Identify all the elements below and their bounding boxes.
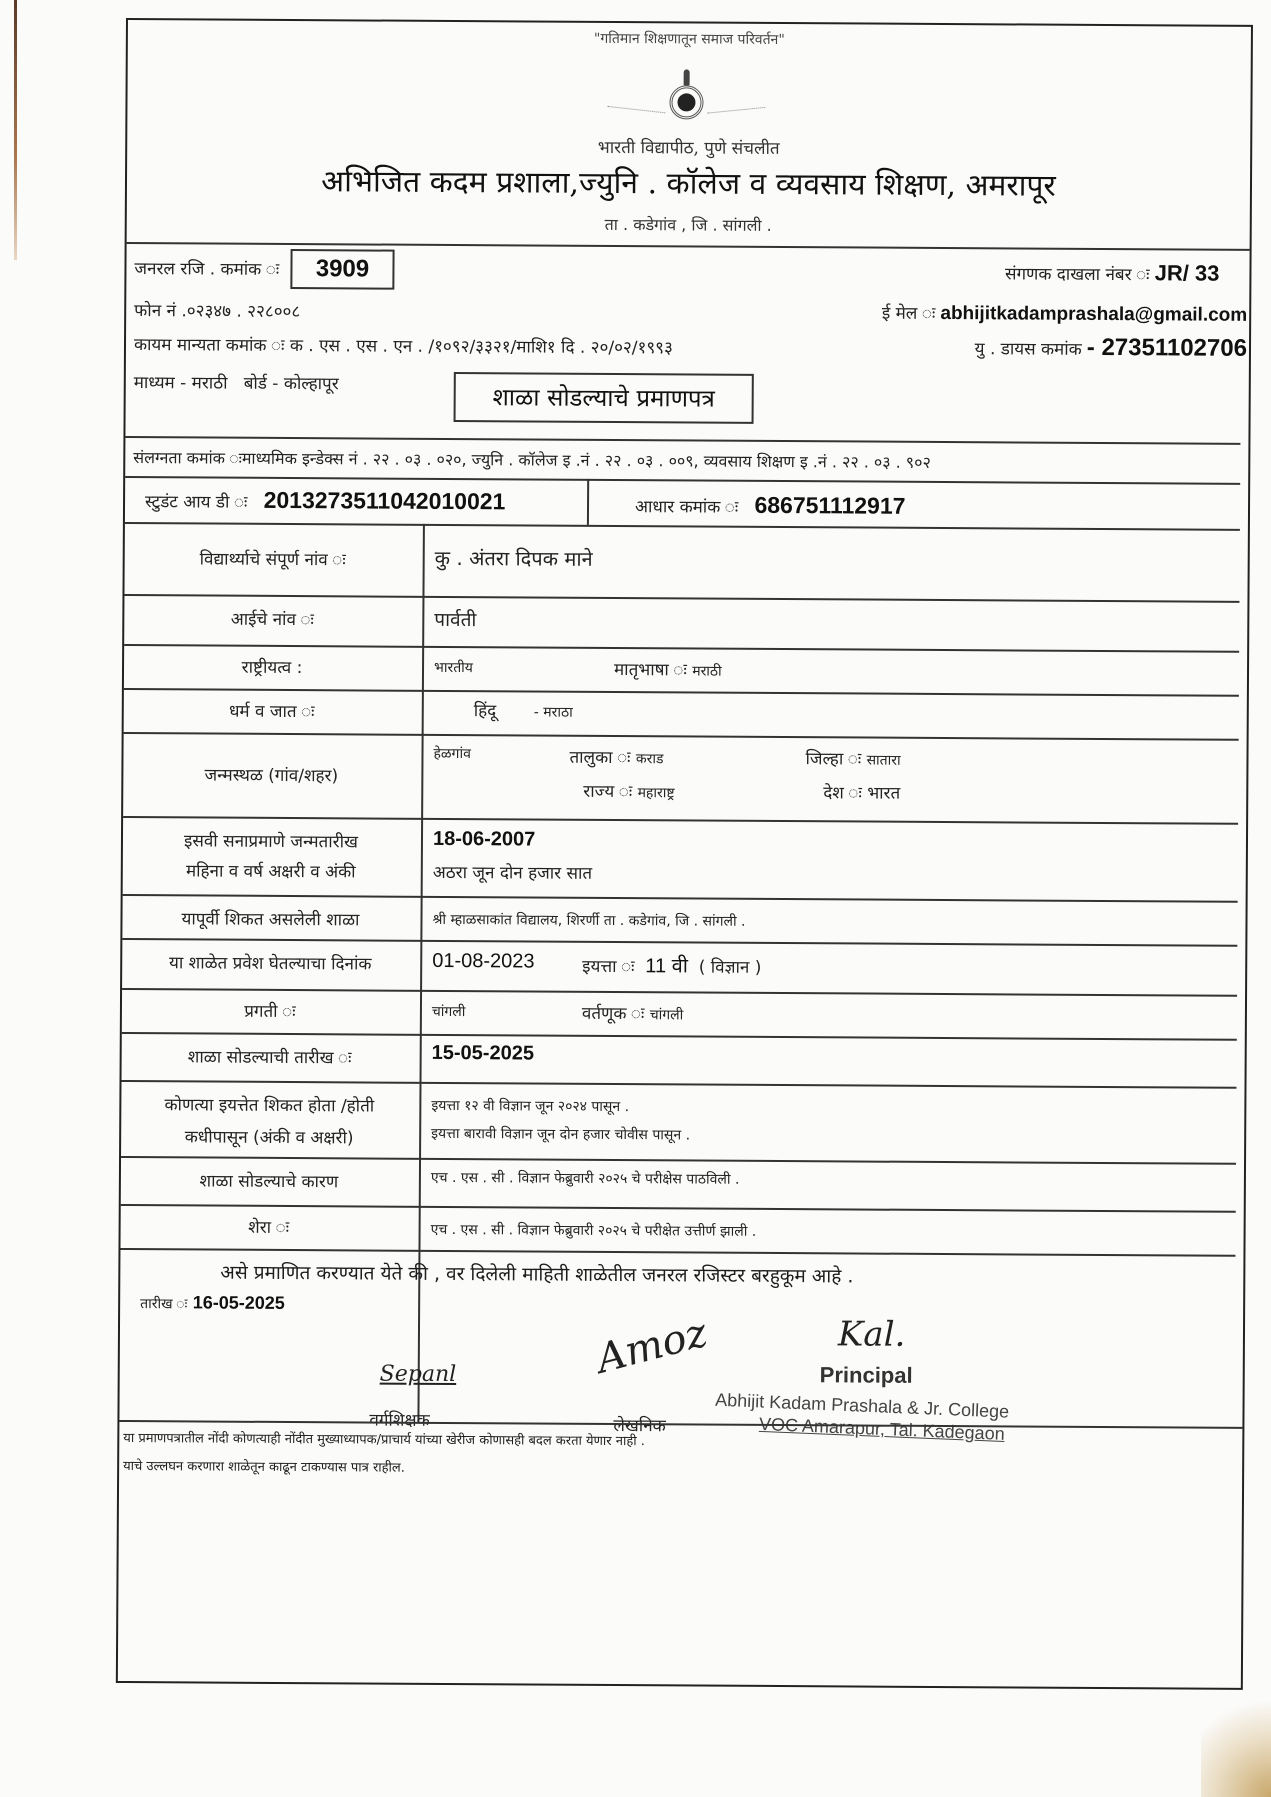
row-divider [122, 1032, 1237, 1041]
class-label: इयत्ता ः [582, 957, 634, 977]
computer-entry-label: संगणक दाखला नंबर ः [1005, 264, 1150, 285]
school-motto: "गतिमान शिक्षणातून समाज परिवर्तन" [128, 26, 1251, 52]
full-name-label: विद्यार्थ्याचे संपूर्ण नांव ः [125, 546, 421, 571]
row-divider [123, 816, 1238, 825]
religion-caste-label: धर्म व जात ः [124, 698, 420, 723]
progress-label: प्रगती ः [122, 998, 418, 1023]
school-name: अभिजित कदम प्रशाला,ज्युनि . कॉलेज व व्यव… [127, 158, 1250, 206]
caste-value: - मराठा [534, 703, 573, 722]
dob-label-line2: महिना व वर्ष अक्षरी व अंकी [123, 858, 419, 883]
leaving-reason-label: शाळा सोडल्याचे कारण [121, 1168, 417, 1193]
leaving-reason-value: एच . एस . सी . विज्ञान फेब्रुवारी २०२५ च… [431, 1168, 740, 1189]
progress-value: चांगली [432, 1002, 466, 1021]
divider [125, 436, 1240, 445]
paper-edge [14, 0, 17, 260]
leaving-date-label: शाळा सोडल्याची तारीख ः [122, 1044, 418, 1069]
birthplace-state: राज्य ः महाराष्ट्र [583, 779, 674, 803]
issue-date-label: तारीख ः [140, 1296, 187, 1312]
mother-tongue-value: मराठी [692, 663, 722, 679]
divider [125, 476, 1240, 485]
country-value: भारत [867, 784, 900, 804]
school-place: ता . कडेगांव , जि . सांगली . [127, 210, 1250, 239]
note-line1: या प्रमाणपत्रातील नोंदी कोणत्याही नोंदीत… [123, 1428, 645, 1449]
birthplace-village: हेळगांव [433, 744, 470, 763]
principal-signature: Kal. [838, 1314, 906, 1354]
issue-date: तारीख ः 16-05-2025 [140, 1292, 285, 1314]
medium-board: माध्यम - मराठी बोर्ड - कोल्हापूर [134, 370, 339, 394]
sponsor-text: भारती विद्यापीठ, पुणे संचलीत [127, 132, 1250, 162]
email-value: abhijitkadamprashala@gmail.com [940, 303, 1247, 326]
class-teacher-signature: Sepanl [380, 1362, 457, 1387]
conduct: वर्तणूक ः चांगली [582, 1001, 684, 1025]
email-label: ई मेल ः [882, 304, 936, 324]
computer-entry-value: JR/ 33 [1155, 260, 1220, 285]
class-studying-value-line2: इयत्ता बारावी विज्ञान जून दोन हजार चोवीस… [431, 1124, 690, 1145]
aadhaar-value: 686751112917 [754, 492, 905, 519]
phone-value: ०२३४७ . २२८००८ [187, 301, 301, 322]
leaving-certificate: "गतिमान शिक्षणातून समाज परिवर्तन" भारती … [116, 18, 1253, 1690]
certification-statement: असे प्रमाणित करण्यात येते की , वर दिलेली… [220, 1259, 853, 1289]
admission-date-value: 01-08-2023 [432, 950, 534, 974]
previous-school-value: श्री म्हाळसाकांत विद्यालय, शिरर्णी ता . … [432, 910, 745, 931]
remarks-value: एच . एस . सी . विज्ञान फेब्रुवारी २०२५ च… [431, 1220, 757, 1241]
dob-digits: 18-06-2007 [433, 828, 535, 852]
taluka-label: तालुका ः [569, 748, 630, 768]
class-value: 11 वी [645, 955, 688, 977]
country-label: देश ः [823, 783, 862, 803]
state-label: राज्य ः [583, 782, 632, 802]
aadhaar: आधार कमांक ः 686751112917 [635, 491, 906, 520]
conduct-label: वर्तणूक ः [582, 1004, 645, 1024]
row-divider [123, 894, 1238, 903]
divider [125, 522, 1240, 531]
row-divider [122, 938, 1237, 947]
udise: यु . डायस कमांक - 27351102706 [975, 333, 1247, 363]
district-value: सातारा [867, 753, 901, 769]
certificate-title: शाळा सोडल्याचे प्रमाणपत्र [454, 372, 754, 424]
issue-date-value: 16-05-2025 [193, 1292, 285, 1313]
general-reg-box: 3909 [290, 249, 394, 290]
student-id-value: 20132735110420100​21 [264, 487, 506, 514]
birthplace-country: देश ः भारत [823, 780, 900, 803]
board: बोर्ड - कोल्हापूर [244, 374, 339, 395]
nationality-label: राष्ट्रीयत्व : [124, 654, 420, 679]
institution-emblem-icon [657, 65, 717, 135]
row-divider [122, 988, 1237, 997]
divider [587, 479, 589, 525]
student-id-label: स्टुडंट आय डी ः [145, 492, 247, 513]
dob-label-line1: इसवी सनाप्रमाणे जन्मतारीख [123, 828, 419, 853]
remarks-label: शेरा ः [121, 1214, 417, 1239]
note-line2: याचे उल्लघन करणारा शाळेतून काढून टाकण्या… [123, 1456, 405, 1476]
religion-value: हिंदू [474, 698, 497, 721]
previous-school-label: यापूर्वी शिकत असलेली शाळा [122, 906, 418, 931]
clerk-signature: Amoz [592, 1310, 712, 1383]
mother-name-value: पार्वती [434, 606, 476, 632]
phone-label: फोन नं . [134, 301, 187, 321]
birthplace-taluka: तालुका ः कराड [569, 745, 663, 769]
recognition-value: क . एस . एस . एन . /१०९२/३३२१/माशि१ दि .… [290, 336, 673, 358]
row-divider [121, 1204, 1236, 1213]
nationality-value: भारतीय [434, 658, 473, 677]
udise-value: - 27351102706 [1087, 334, 1247, 362]
recognition-label: कायम मान्यता कमांक ः [134, 335, 285, 356]
state-value: महाराष्ट्र [638, 785, 675, 801]
admission-date-label: या शाळेत प्रवेश घेतल्याचा दिनांक [122, 950, 418, 975]
class-teacher-label: वर्गशिक्षक [369, 1408, 429, 1431]
birthplace-label: जन्मस्थळ (गांव/शहर) [123, 762, 419, 787]
admission-class: इयत्ता ः 11 वी ( विज्ञान ) [582, 951, 761, 979]
row-divider [124, 594, 1239, 603]
full-name-value: कु . अंतरा दिपक माने [435, 544, 593, 572]
dob-words: अठरा जून दोन हजार सात [433, 860, 592, 884]
email: ई मेल ः abhijitkadamprashala@gmail.com [882, 301, 1247, 327]
row-divider [122, 1080, 1237, 1089]
stream-value: ( विज्ञान ) [699, 958, 762, 978]
birthplace-district: जिल्हा ः सातारा [805, 746, 900, 770]
recognition: कायम मान्यता कमांक ः क . एस . एस . एन . … [134, 332, 673, 358]
row-divider [121, 1156, 1236, 1165]
district-label: जिल्हा ः [805, 749, 861, 769]
student-id: स्टुडंट आय डी ः 20132735110420100​21 [145, 486, 506, 515]
row-divider [120, 1248, 1235, 1257]
principal-title: Principal [820, 1362, 913, 1389]
class-studying-value-line1: इयत्ता १२ वी विज्ञान जून २०२४ पासून . [431, 1096, 629, 1116]
general-reg-label: जनरल रजि . कमांक ः [134, 256, 279, 280]
table-surface-corner [1201, 1677, 1271, 1797]
udise-label: यु . डायस कमांक [975, 339, 1082, 360]
general-reg-value: 3909 [316, 255, 370, 282]
class-studying-label-line1: कोणत्या इयत्तेत शिकत होता /होती [121, 1092, 417, 1117]
footer-divider [119, 1420, 1242, 1429]
row-divider [124, 644, 1239, 653]
taluka-value: कराड [636, 751, 664, 767]
medium: माध्यम - मराठी [134, 373, 228, 394]
leaving-date-value: 15-05-2025 [432, 1042, 534, 1066]
class-studying-label-line2: कधीपासून (अंकी व अक्षरी) [121, 1124, 417, 1149]
affiliation-numbers: संलग्नता कमांक ःमाध्यमिक इन्डेक्स नं . २… [133, 446, 931, 473]
mother-tongue-label: मातृभाषा ः [614, 660, 687, 680]
row-divider [124, 688, 1239, 697]
computer-entry: संगणक दाखला नंबर ः JR/ 33 [1005, 259, 1220, 286]
phone: फोन नं .०२३४७ . २२८००८ [134, 298, 300, 322]
row-divider [124, 732, 1239, 741]
mother-tongue: मातृभाषा ः मराठी [614, 657, 722, 681]
conduct-value: चांगली [650, 1007, 684, 1023]
aadhaar-label: आधार कमांक ः [635, 497, 738, 518]
mother-name-label: आईचे नांव ः [124, 606, 420, 631]
